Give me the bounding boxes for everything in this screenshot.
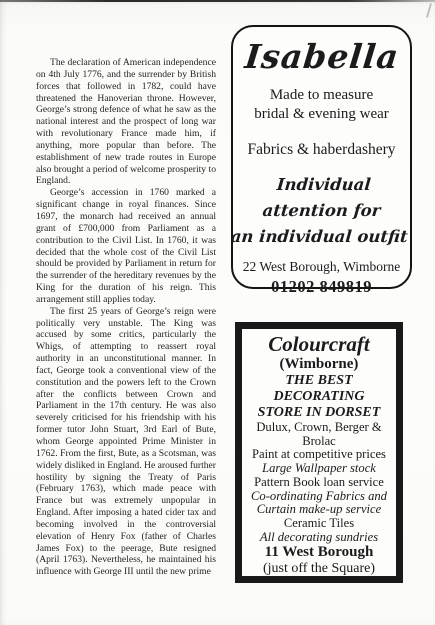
page-corner-mark xyxy=(426,3,432,18)
colourcraft-town: WIMBORNE xyxy=(243,577,395,583)
colourcraft-service-line: Co-ordinating Fabrics and xyxy=(243,490,395,504)
colourcraft-advert: Colourcraft (Wimborne) THE BEST DECORATI… xyxy=(235,322,403,583)
colourcraft-service-line: Curtain make-up service xyxy=(243,503,395,517)
isabella-ad-description: Made to measure bridal & evening wear xyxy=(254,86,389,124)
isabella-description-line: Made to measure xyxy=(254,86,389,105)
isabella-tagline-line: an individual outfit xyxy=(230,224,409,250)
isabella-phone-number: 01202 849819 xyxy=(271,277,372,297)
colourcraft-slogan-line: THE BEST DECORATING xyxy=(243,373,395,405)
isabella-tagline: Individual attention for an individual o… xyxy=(230,172,414,250)
colourcraft-ad-title: Colourcraft xyxy=(243,332,395,356)
isabella-advert: Isabella Made to measure bridal & evenin… xyxy=(231,25,412,289)
colourcraft-location: (Wimborne) xyxy=(243,356,395,373)
colourcraft-slogan-line: STORE IN DORSET xyxy=(243,405,395,421)
isabella-ad-title: Isabella xyxy=(242,37,400,77)
colourcraft-service-line: Dulux, Crown, Berger & Brolac xyxy=(243,421,395,448)
colourcraft-service-line: Paint at competitive prices xyxy=(243,448,395,462)
isabella-address: 22 West Borough, Wimborne xyxy=(243,259,401,275)
colourcraft-service-line: Ceramic Tiles xyxy=(243,517,395,531)
colourcraft-service-line: Pattern Book loan service xyxy=(243,476,395,490)
scanned-page: The declaration of American independence… xyxy=(0,0,435,625)
article-paragraph: The first 25 years of George’s reign wer… xyxy=(36,306,216,578)
colourcraft-service-line: All decorating sundries xyxy=(243,531,395,545)
colourcraft-address-note: (just off the Square) xyxy=(243,561,395,577)
scan-edge-artifact xyxy=(0,0,435,2)
colourcraft-service-line: Large Wallpaper stock xyxy=(243,462,395,476)
article-paragraph: The declaration of American independence… xyxy=(36,57,216,187)
isabella-description-line: bridal & evening wear xyxy=(254,105,389,124)
colourcraft-address-line: 11 West Borough xyxy=(243,544,395,561)
isabella-tagline-line: Individual attention for xyxy=(232,172,414,224)
isabella-fabrics-line: Fabrics & haberdashery xyxy=(247,141,395,159)
article-text-column: The declaration of American independence… xyxy=(36,57,216,605)
article-paragraph: George’s accession in 1760 marked a sign… xyxy=(36,187,216,305)
